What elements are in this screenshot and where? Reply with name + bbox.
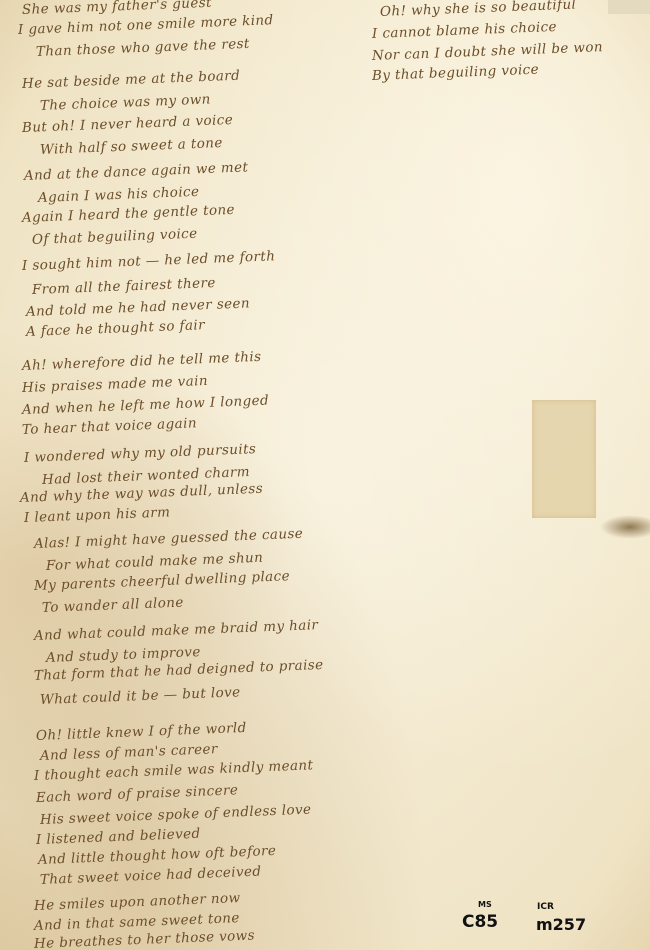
poem-line: But oh! I never heard a voice: [22, 112, 234, 136]
poem-line: Than those who gave the rest: [36, 36, 250, 60]
poem-line: That sweet voice had deceived: [40, 863, 262, 887]
catalog-icr-number: m257: [536, 915, 586, 934]
tape-fragment-middle: [532, 400, 596, 518]
poem-line: Again I heard the gentle tone: [22, 202, 236, 226]
poem-line: Of that beguiling voice: [32, 226, 198, 248]
poem-line: What could it be — but love: [40, 684, 241, 708]
poem-line: Alas! I might have guessed the cause: [34, 526, 304, 552]
poem-line: I wondered why my old pursuits: [24, 441, 257, 466]
poem-line: Again I was his choice: [38, 184, 200, 206]
poem-line: And less of man's career: [40, 741, 218, 764]
poem-line: Each word of praise sincere: [36, 782, 239, 806]
poem-line: His praises made me vain: [22, 373, 209, 396]
poem-line: I listened and believed: [36, 826, 201, 848]
catalog-icr-label: ICR: [537, 902, 554, 912]
poem-line: I sought him not — he led me forth: [22, 248, 276, 274]
poem-line: His sweet voice spoke of endless love: [40, 802, 312, 828]
poem-line: I cannot blame his choice: [372, 19, 558, 42]
poem-line: Oh! why she is so beautiful: [380, 0, 577, 20]
manuscript-page: She was my father's guestI gave him not …: [0, 0, 650, 950]
poem-line: And when he left me how I longed: [22, 393, 270, 418]
poem-line: By that beguiling voice: [372, 62, 540, 84]
poem-line: And told me he had never seen: [26, 295, 251, 320]
poem-line: Ah! wherefore did he tell me this: [22, 349, 262, 374]
poem-line: From all the fairest there: [32, 275, 216, 298]
poem-line: And at the dance again we met: [24, 159, 249, 184]
ink-stain: [600, 515, 650, 539]
catalog-ms-number: C85: [462, 912, 498, 932]
poem-line: With half so sweet a tone: [40, 135, 223, 158]
poem-line: And what could make me braid my hair: [34, 617, 319, 644]
poem-line: To wander all alone: [42, 595, 184, 616]
poem-line: The choice was my own: [40, 91, 211, 114]
poem-line: He sat beside me at the board: [22, 68, 241, 92]
tape-fragment-top: [608, 0, 650, 14]
catalog-ms-label: MS: [478, 900, 492, 909]
poem-line: Nor can I doubt she will be won: [372, 39, 604, 64]
poem-line: To hear that voice again: [22, 415, 198, 438]
poem-line: A face he thought so fair: [26, 317, 206, 340]
poem-line: I leant upon his arm: [24, 504, 171, 526]
